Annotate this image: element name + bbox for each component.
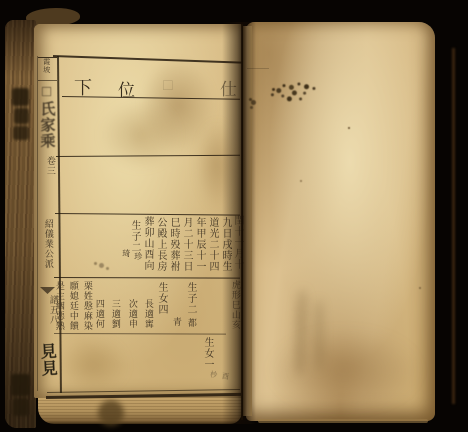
spine-shading <box>5 20 36 428</box>
text-column: 公殿上長房 <box>155 217 166 272</box>
spine-ink-smudge <box>13 126 29 140</box>
gutter-crease-line <box>241 24 243 420</box>
text-column: 栗姓慇麻染 <box>82 281 92 331</box>
daughter-marriage: 三適劉 <box>110 299 120 329</box>
photo-of-genealogy-book: 霞坡 □氏家乘 卷三 紹儀業公派 譜五八 見見 下 位 □ 仕 閏十一月十 九日… <box>0 0 468 432</box>
faint-ink-marks <box>94 262 97 265</box>
header-char: 下 <box>74 74 92 100</box>
right-page-under-edge <box>258 419 428 423</box>
speck <box>419 287 421 289</box>
daughter-marriage: 次適申 <box>127 299 137 329</box>
text-column: 道光二十四 <box>207 217 218 272</box>
volume-label: 卷三 <box>45 156 55 176</box>
daughter-marriage: 四適何 <box>94 299 104 329</box>
son-name: 琦 <box>121 249 130 258</box>
branch-label: 紹儀業公派 <box>43 219 53 269</box>
spine-ink-smudge <box>14 108 29 124</box>
text-column: 生女一 <box>202 337 213 370</box>
header-char-faded: □ <box>163 77 173 95</box>
spine-ink-smudge <box>11 374 30 396</box>
text-column: 葬卯山酉向 <box>142 216 153 271</box>
speck <box>348 127 350 129</box>
text-column: 生女四 <box>156 282 167 315</box>
text-column: 生子二 <box>185 282 196 315</box>
margin-box-line <box>38 80 57 81</box>
son-name: 珍 <box>133 252 142 261</box>
gutter-shadow <box>222 22 256 424</box>
text-column: 巳時殁葬祔 <box>168 217 179 272</box>
header-char: 位 <box>118 76 135 101</box>
stamp-characters: 見見 <box>37 343 56 378</box>
text-column: 年甲辰十一 <box>194 217 205 272</box>
text-column: 願媳廷中饋 <box>68 281 78 331</box>
speck <box>300 180 302 182</box>
text-column: 是主絪惡熱 <box>54 281 64 331</box>
daughter-marriage: 長適寗 <box>143 299 153 329</box>
spine-ink-smudge <box>12 88 29 106</box>
son-name: 都 <box>186 318 196 328</box>
right-page <box>246 22 435 421</box>
son-name: 青 <box>171 317 181 327</box>
text-column: 月二十三日 <box>181 217 192 272</box>
cover-edge-highlight <box>452 48 455 404</box>
fore-edge-page-stack <box>38 395 242 424</box>
spine-ink-smudge <box>13 398 29 416</box>
margin-imprint-label: 霞坡 <box>42 58 50 74</box>
book-title: □氏家乘 <box>38 84 55 149</box>
